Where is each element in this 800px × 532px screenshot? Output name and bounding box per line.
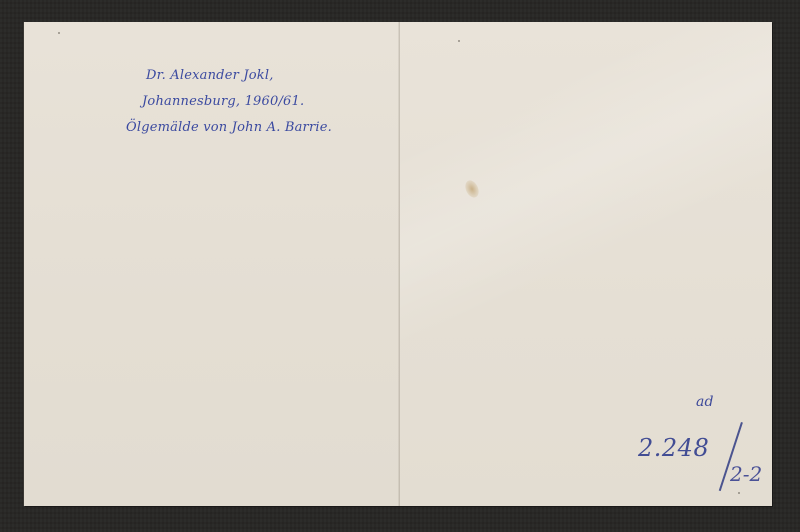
handwritten-description: Ölgemälde von John A. Barrie. bbox=[126, 120, 332, 135]
annotation-ad: ad bbox=[696, 394, 714, 410]
catalog-number-main: 2.248 bbox=[638, 434, 709, 462]
left-page: Dr. Alexander Jokl, Johannesburg, 1960/6… bbox=[24, 22, 400, 506]
catalog-number-sub: 2-2 bbox=[730, 462, 762, 486]
foxing-stain bbox=[463, 178, 481, 199]
paper-speck bbox=[58, 32, 60, 34]
folded-card: Dr. Alexander Jokl, Johannesburg, 1960/6… bbox=[24, 22, 772, 506]
handwritten-name: Dr. Alexander Jokl, bbox=[146, 68, 274, 83]
right-page: ad 2.248 2-2 bbox=[400, 22, 772, 506]
paper-speck bbox=[458, 40, 460, 42]
catalog-number: 2.248 2-2 bbox=[638, 422, 778, 502]
handwritten-place-date: Johannesburg, 1960/61. bbox=[142, 94, 304, 109]
